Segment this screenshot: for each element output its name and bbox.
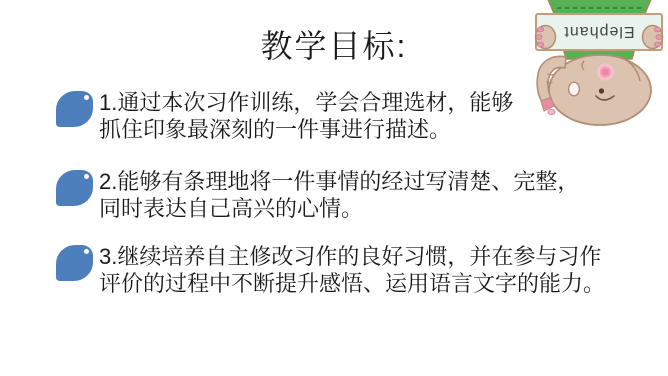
objective-text-3: 3.继续培养自主修改习作的良好习惯，并在参与习作 评价的过程中不断提升感悟、运用… [99, 243, 605, 297]
objective-row-2: 2.能够有条理地将一件事情的经过写清楚、完整， 同时表达自己高兴的心情。 [56, 168, 579, 222]
elephant-illustration: Elephant [530, 0, 668, 170]
objective-text-1: 1.通过本次习作训练，学会合理选材，能够 抓住印象最深刻的一件事进行描述。 [99, 89, 513, 143]
objective-3-line-1: 3.继续培养自主修改习作的良好习惯，并在参与习作 [99, 243, 605, 270]
objective-3-line-2: 评价的过程中不断提升感悟、运用语言文字的能力。 [99, 270, 605, 297]
objective-1-line-1: 1.通过本次习作训练，学会合理选材，能够 [99, 89, 513, 116]
objective-text-2: 2.能够有条理地将一件事情的经过写清楚、完整， 同时表达自己高兴的心情。 [99, 168, 579, 222]
objective-row-1: 1.通过本次习作训练，学会合理选材，能够 抓住印象最深刻的一件事进行描述。 [56, 89, 513, 143]
presentation-slide: 教学目标: 1.通过本次习作训练，学会合理选材，能够 抓住印象最深刻的一件事进行… [0, 0, 668, 376]
objective-2-line-2: 同时表达自己高兴的心情。 [99, 195, 579, 222]
bullet-drop-icon [56, 91, 93, 127]
elephant-head [537, 55, 651, 125]
elephant-sign-label: Elephant [563, 23, 634, 40]
bullet-drop-icon [56, 245, 93, 281]
elephant-ear-spot [569, 82, 580, 96]
bullet-drop-icon [56, 170, 93, 206]
objective-row-3: 3.继续培养自主修改习作的良好习惯，并在参与习作 评价的过程中不断提升感悟、运用… [56, 243, 605, 297]
objective-2-line-1: 2.能够有条理地将一件事情的经过写清楚、完整， [99, 168, 579, 195]
elephant-eye [599, 88, 604, 93]
objective-1-line-2: 抓住印象最深刻的一件事进行描述。 [99, 116, 513, 143]
